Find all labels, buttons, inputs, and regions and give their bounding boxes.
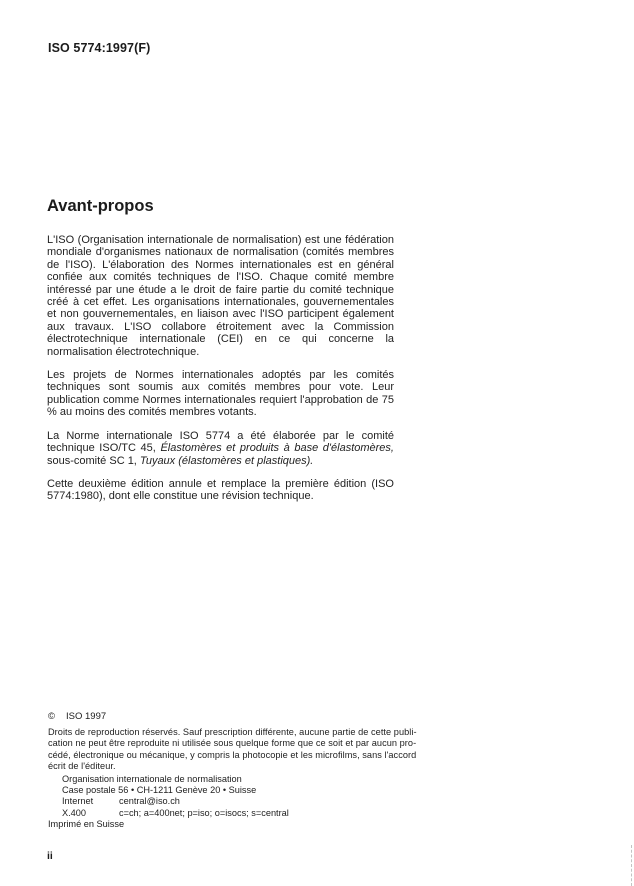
foreword-paragraph-3: La Norme internationale ISO 5774 a été é… — [47, 430, 394, 467]
foreword-paragraph-1: L'ISO (Organisation internationale de no… — [47, 234, 394, 358]
publisher-name: Organisation internationale de normalisa… — [62, 774, 289, 785]
x400-value: c=ch; a=400net; p=iso; o=isocs; s=centra… — [119, 808, 289, 818]
scan-artifact-line — [631, 845, 632, 886]
page-header-reference: ISO 5774:1997(F) — [48, 41, 150, 55]
document-page: ISO 5774:1997(F) Avant-propos L'ISO (Org… — [0, 0, 634, 886]
x400-label: X.400 — [62, 808, 119, 819]
foreword-body: L'ISO (Organisation internationale de no… — [47, 234, 394, 514]
rights-line: cédé, électronique ou mécanique, y compr… — [48, 750, 417, 761]
internet-email-value: central@iso.ch — [119, 796, 180, 806]
rights-line: cation ne peut être reproduite ni utilis… — [48, 738, 417, 749]
copyright-notice: ©ISO 1997 — [48, 711, 106, 722]
section-title: Avant-propos — [47, 197, 154, 216]
publisher-postal-address: Case postale 56 • CH-1211 Genève 20 • Su… — [62, 785, 289, 796]
paragraph-text-segment: sous-comité SC 1, — [47, 455, 140, 467]
publisher-address-block: Organisation internationale de normalisa… — [62, 774, 289, 819]
copyright-symbol-icon: © — [48, 711, 55, 722]
rights-line: écrit de l'éditeur. — [48, 761, 417, 772]
copyright-year-text: ISO 1997 — [66, 711, 106, 722]
page-number: ii — [47, 850, 53, 862]
foreword-paragraph-4: Cette deuxième édition annule et remplac… — [47, 478, 394, 503]
rights-reserved-text: Droits de reproduction réservés. Sauf pr… — [48, 727, 417, 772]
committee-title-italic: Élastomères et produits à base d'élastom… — [160, 442, 394, 454]
internet-label: Internet — [62, 796, 119, 807]
internet-address-row: Internetcentral@iso.ch — [62, 796, 289, 807]
rights-line: Droits de reproduction réservés. Sauf pr… — [48, 727, 417, 738]
x400-address-row: X.400c=ch; a=400net; p=iso; o=isocs; s=c… — [62, 808, 289, 819]
subcommittee-title-italic: Tuyaux (élastomères et plastiques). — [140, 455, 313, 467]
printed-in-country: Imprimé en Suisse — [48, 819, 124, 829]
foreword-paragraph-2: Les projets de Normes internationales ad… — [47, 369, 394, 419]
